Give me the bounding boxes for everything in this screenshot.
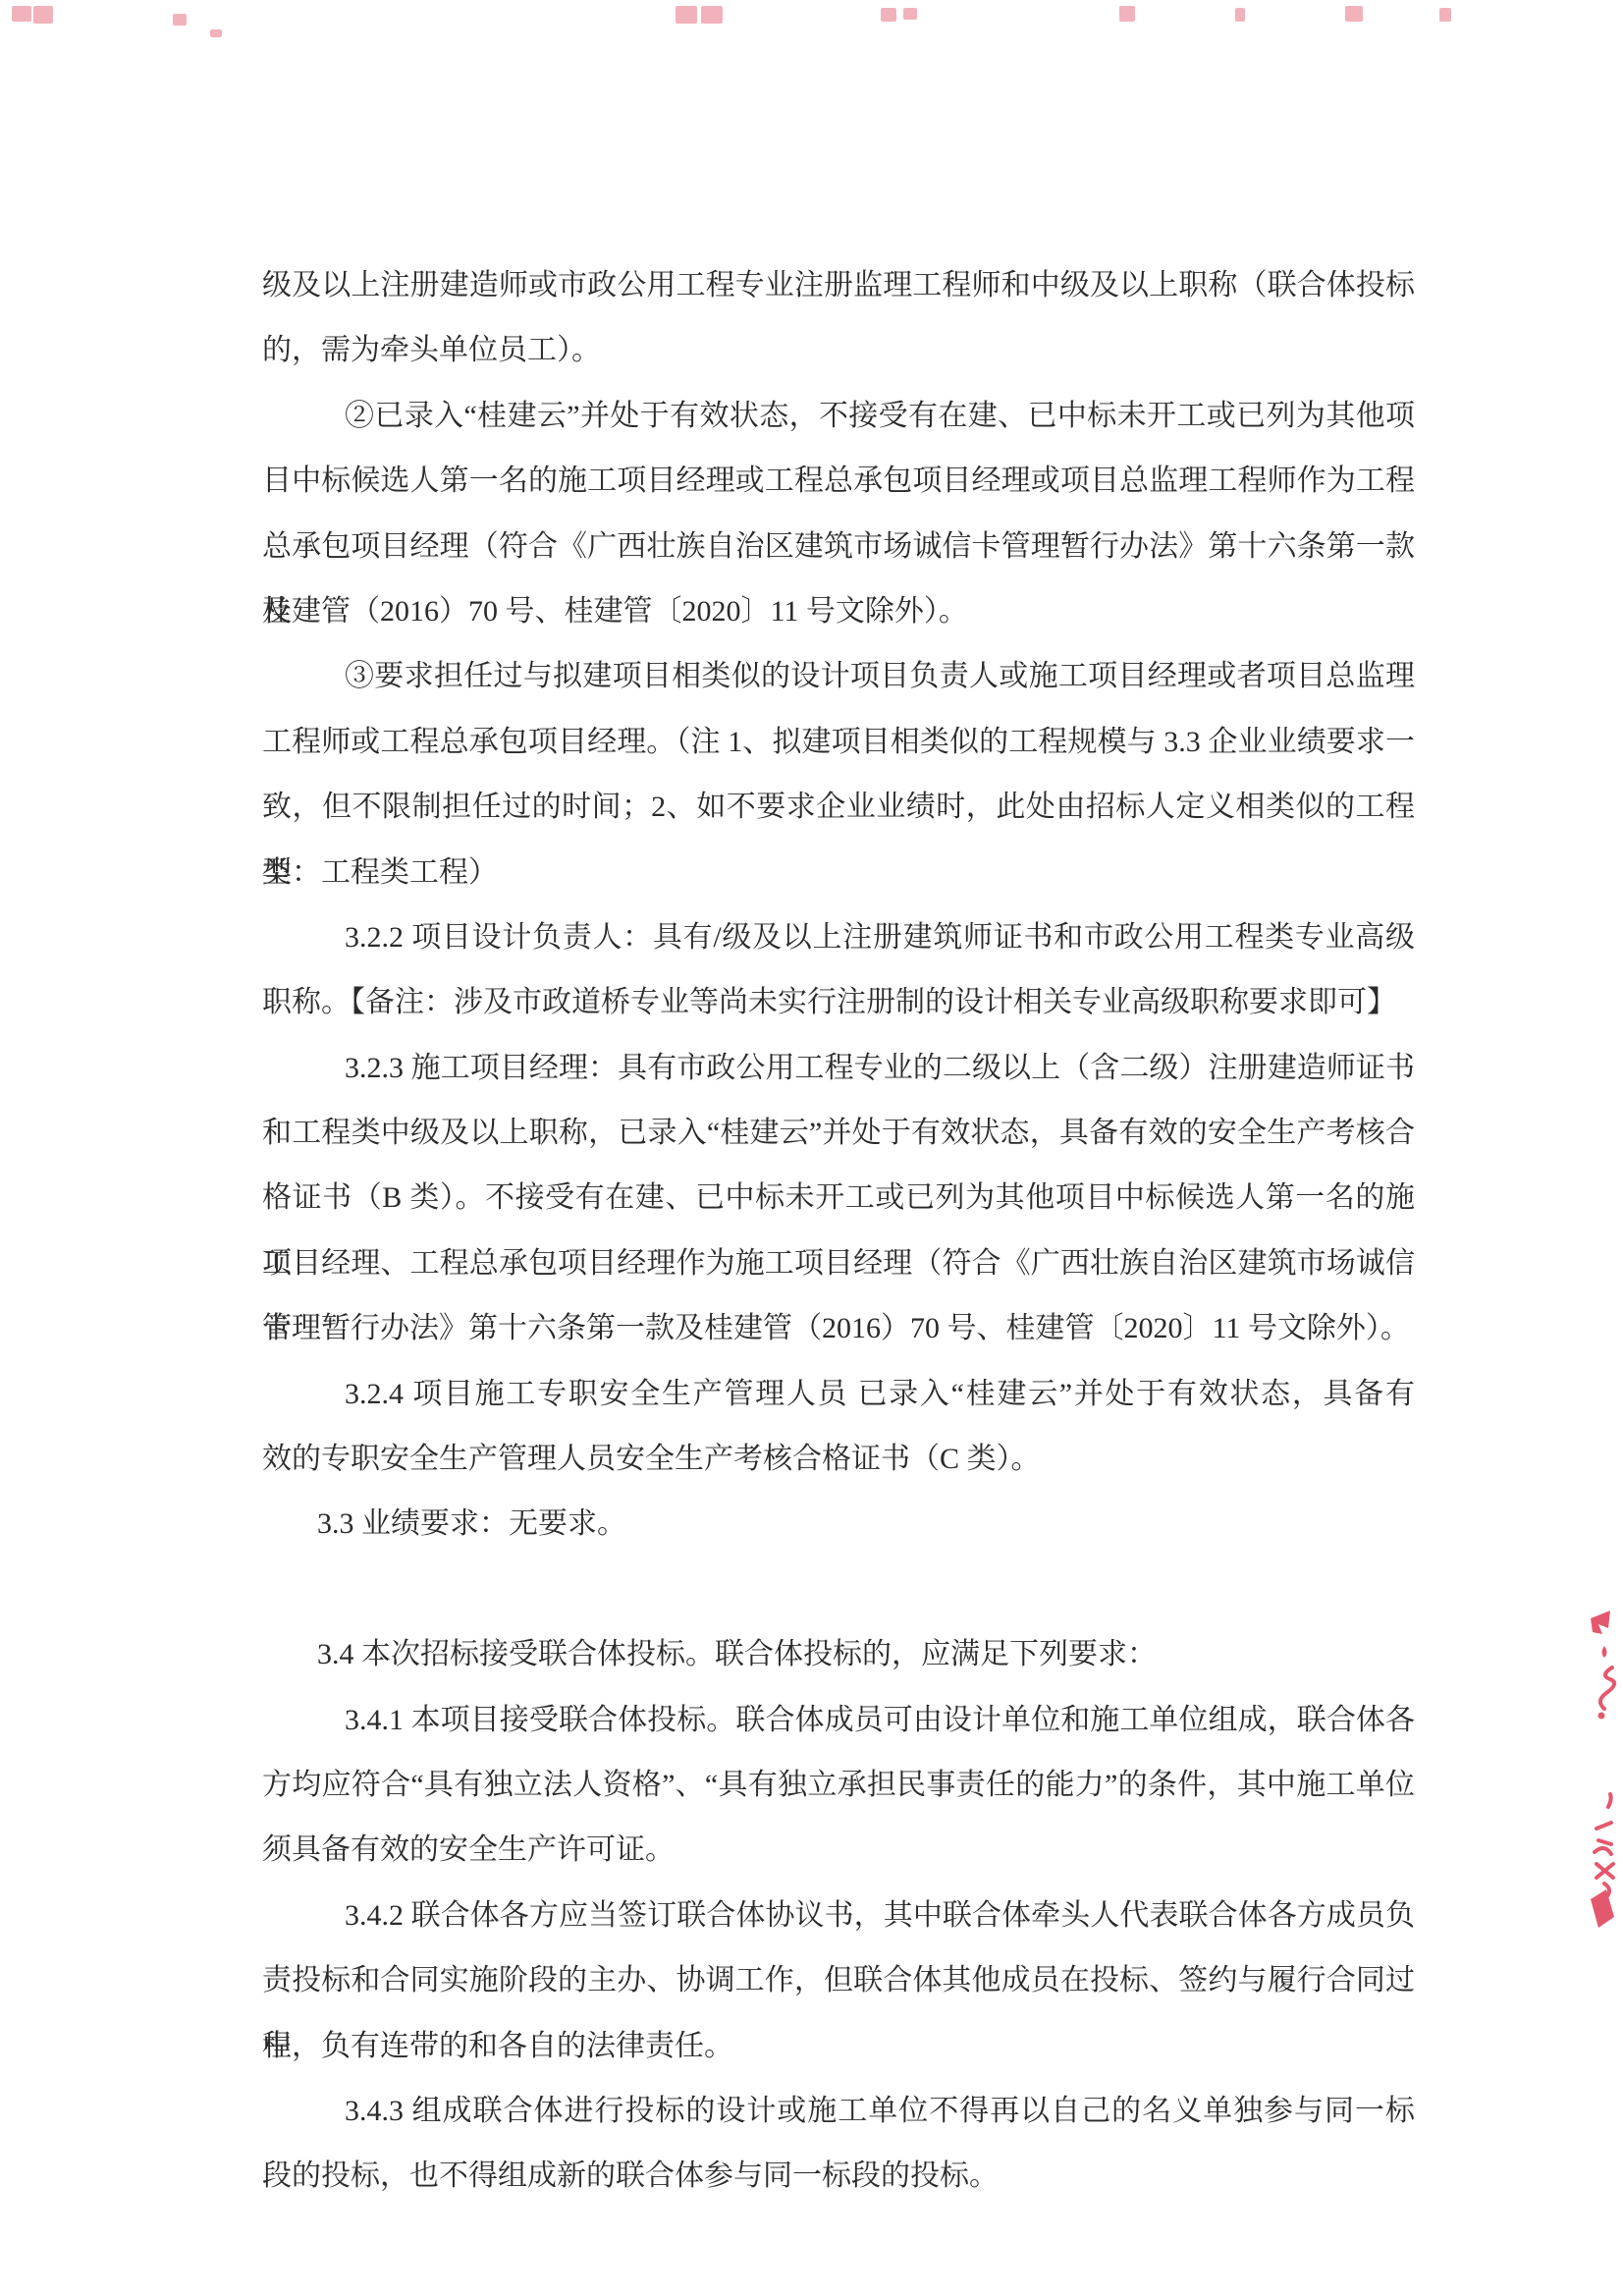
red-ink-stroke [1591,1611,1610,1634]
red-dash-mark [881,8,896,22]
red-ink-stroke [1608,1794,1611,1807]
red-ink-stroke [1598,1713,1605,1720]
doc-line: 3.4.1 本项目接受联合体投标。联合体成员可由设计单位和施工单位组成，联合体各 [262,1688,1415,1753]
doc-line: 型：工程类工程） [262,841,1415,905]
doc-line: 3.4 本次招标接受联合体投标。联合体投标的，应满足下列要求： [262,1622,1415,1687]
doc-line: 目中标候选人第一名的施工项目经理或工程总承包项目经理或项目总监理工程师作为工程 [262,449,1415,514]
red-dash-mark [1235,8,1245,22]
doc-line: 总承包项目经理（符合《广西壮族自治区建筑市场诚信卡管理暂行办法》第十六条第一款及 [262,515,1415,579]
red-dash-mark [12,6,31,22]
doc-line: ②已录入“桂建云”并处于有效状态，不接受有在建、已中标未开工或已列为其他项 [262,384,1415,449]
doc-line: 须具备有效的安全生产许可证。 [262,1818,1415,1883]
red-dash-mark [676,6,697,24]
red-ink-stroke [1591,1889,1614,1928]
red-dash-mark [1345,6,1363,22]
doc-line: 段的投标，也不得组成新的联合体参与同一标段的投标。 [262,2144,1415,2209]
red-ink-stroke [1596,1864,1613,1878]
red-dash-mark [701,6,723,24]
red-ink-stroke [1595,1848,1611,1854]
doc-line: 格证书（B 类）。不接受有在建、已中标未开工或已列为其他项目中标候选人第一名的施… [262,1166,1415,1230]
red-ink-marks-right [1569,1605,1623,1939]
doc-line: ③要求担任过与拟建项目相类似的设计项目负责人或施工项目经理或者项目总监理 [262,644,1415,709]
doc-line: 工程师或工程总承包项目经理。（注 1、拟建项目相类似的工程规模与 3.3 企业业… [262,710,1415,775]
doc-line: 责投标和合同实施阶段的主办、协调工作，但联合体其他成员在投标、签约与履行合同过程 [262,1948,1415,2013]
doc-line: 管理暂行办法》第十六条第一款及桂建管（2016）70 号、桂建管〔2020〕11… [262,1296,1415,1361]
doc-line: 桂建管（2016）70 号、桂建管〔2020〕11 号文除外）。 [262,579,1415,644]
doc-line: 3.3 业绩要求：无要求。 [262,1492,1415,1557]
doc-line: 3.4.2 联合体各方应当签订联合体协议书，其中联合体牵头人代表联合体各方成员负 [262,1884,1415,1948]
red-dash-mark [903,8,917,20]
red-ink-stroke [1602,1646,1607,1658]
red-dash-mark [1119,6,1135,22]
red-ink-stroke [1596,1823,1611,1829]
doc-line: 3.2.2 项目设计负责人：具有/级及以上注册建筑师证书和市政公用工程类专业高级 [262,905,1415,970]
doc-line: 中，负有连带的和各自的法律责任。 [262,2014,1415,2079]
red-dash-mark [33,6,53,24]
doc-line: 致，但不限制担任过的时间；2、如不要求企业业绩时，此处由招标人定义相类似的工程类 [262,775,1415,840]
doc-line: 和工程类中级及以上职称，已录入“桂建云”并处于有效状态，具备有效的安全生产考核合 [262,1101,1415,1166]
document-body: 级及以上注册建造师或市政公用工程专业注册监理工程师和中级及以上职称（联合体投标 … [262,253,1415,2210]
red-dash-mark [210,29,222,37]
doc-line: 3.2.3 施工项目经理：具有市政公用工程专业的二级以上（含二级）注册建造师证书 [262,1036,1415,1101]
doc-line-blank [262,1558,1415,1622]
doc-line: 职称。【备注：涉及市政道桥专业等尚未实行注册制的设计相关专业高级职称要求即可】 [262,970,1415,1035]
doc-line: 3.4.3 组成联合体进行投标的设计或施工单位不得再以自己的名义单独参与同一标 [262,2079,1415,2144]
red-ink-stroke [1600,1667,1614,1709]
red-dash-mark [1439,8,1451,22]
doc-line: 方均应符合“具有独立法人资格”、“具有独立承担民事责任的能力”的条件，其中施工单… [262,1753,1415,1818]
doc-line: 项目经理、工程总承包项目经理作为施工项目经理（符合《广西壮族自治区建筑市场诚信卡 [262,1231,1415,1296]
red-dash-mark [173,14,187,26]
doc-line: 的，需为牵头单位员工）。 [262,318,1415,383]
doc-line: 3.2.4 项目施工专职安全生产管理人员 已录入“桂建云”并处于有效状态，具备有 [262,1362,1415,1427]
doc-line: 效的专职安全生产管理人员安全生产考核合格证书（C 类）。 [262,1427,1415,1492]
red-ink-stroke [1598,1840,1611,1844]
doc-line: 级及以上注册建造师或市政公用工程专业注册监理工程师和中级及以上职称（联合体投标 [262,253,1415,318]
scanned-document-page: 级及以上注册建造师或市政公用工程专业注册监理工程师和中级及以上职称（联合体投标 … [0,0,1623,2296]
